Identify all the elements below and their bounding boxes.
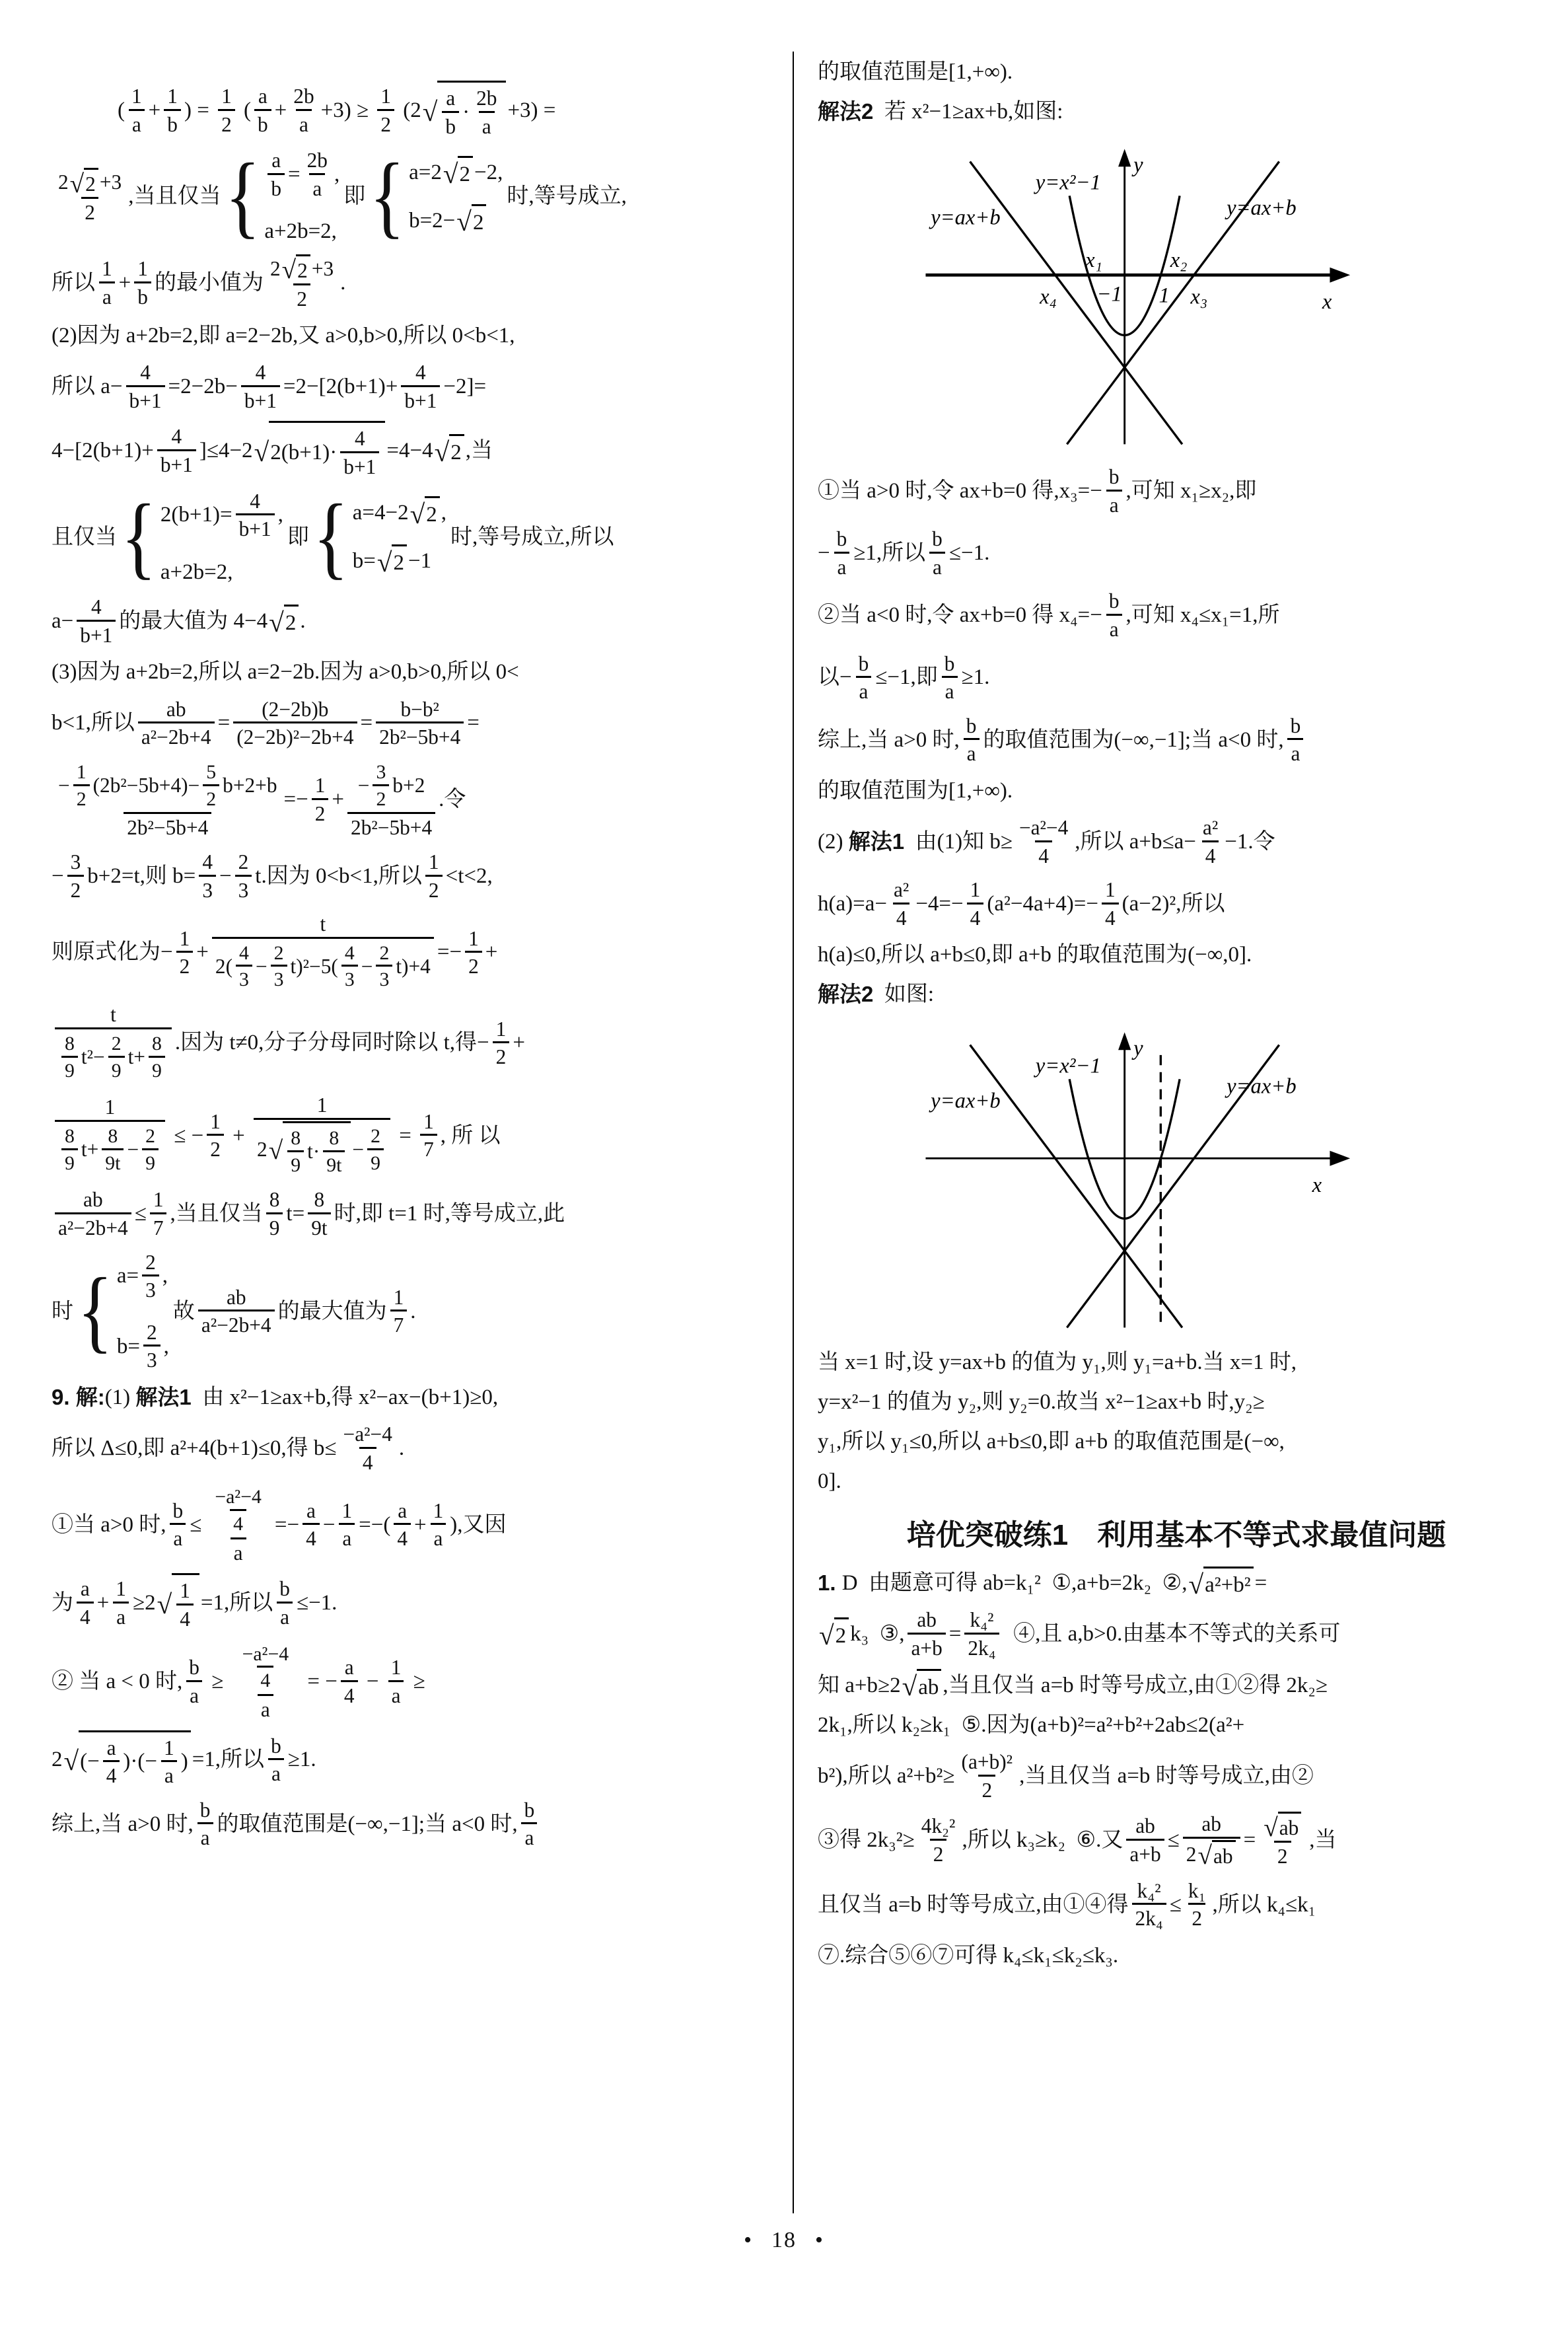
text-run: ≥2 [133, 1588, 156, 1618]
text-run: 3 [238, 878, 249, 903]
fraction: a4 [103, 1736, 120, 1789]
fraction: 1b [164, 84, 181, 137]
text-run: 由 x²−1≥ax+b,得 x²−ax−(b+1)≥0, [192, 1383, 498, 1413]
text-run: k₁ [1188, 1878, 1206, 1903]
fraction-denominator: 2k₄ [964, 1633, 999, 1661]
text-run: a²+b² [1205, 1570, 1251, 1600]
fraction-numerator: 1 [218, 84, 235, 109]
text-run: a [81, 1576, 90, 1602]
text-run: 4 [344, 1683, 355, 1709]
text-run: 4 [970, 906, 981, 931]
text-run: + [227, 1121, 250, 1151]
fraction: 89t [308, 1187, 330, 1240]
fraction: 23 [142, 1250, 159, 1303]
fraction-denominator: 9t [102, 1148, 124, 1175]
fraction-denominator: 2 [377, 109, 394, 137]
footer-dot-left: • [744, 2228, 753, 2252]
text-run: 2 [473, 208, 484, 238]
text-run: a [312, 176, 322, 202]
page-footer: •18• [0, 2228, 1568, 2253]
fraction-numerator: 1 [312, 773, 329, 798]
cases-rows: a=4−2√2,b=√2−1 [353, 496, 446, 577]
fraction: ba [855, 651, 873, 704]
text-run: 0]. [818, 1467, 841, 1496]
fraction-numerator: b [521, 1798, 538, 1823]
square-root: √2(b+1)·4b+1 [254, 421, 386, 480]
text-run: −2]= [443, 372, 486, 402]
text-run: b [944, 651, 955, 677]
fraction-numerator: √ab [1259, 1812, 1306, 1841]
text-run: 4 [345, 941, 355, 965]
text-run: =2−[2(b+1)+ [283, 372, 398, 402]
text-run: 2 [270, 256, 281, 281]
text-run: t.因为 0<b<1,所以 [255, 862, 422, 891]
text-run: 2 [77, 788, 87, 811]
text-run: 4k₂² [921, 1814, 956, 1839]
text-run: 2 [429, 878, 439, 903]
fraction-denominator: a [929, 552, 945, 580]
tick-x3: x₃ [1190, 285, 1207, 309]
fraction-numerator: a [104, 1736, 120, 1761]
fraction-numerator: b [1106, 464, 1123, 490]
label-y-axis: y [1131, 1036, 1143, 1060]
text-run: b [1109, 589, 1120, 614]
column-divider [793, 52, 794, 2213]
fraction-numerator: 8 [149, 1032, 165, 1056]
text-run: a [201, 1826, 210, 1851]
text-run: (a+b)² [962, 1750, 1013, 1775]
text-run: 1 [164, 1736, 174, 1761]
fraction-numerator: ab [1198, 1812, 1225, 1837]
text-run: a= [117, 1261, 139, 1291]
math-line: 知 a+b≥2√ab,当且仅当 a=b 时等号成立,由①②得 2k₂≥ [818, 1669, 1535, 1703]
text-run: 4 [1038, 844, 1049, 869]
text-run: 9 [371, 1152, 380, 1175]
y-axis-arrow-icon [1118, 149, 1131, 166]
text-run: 2 [274, 941, 284, 965]
fraction-numerator: 1 [465, 926, 482, 951]
radical-icon: √ [902, 1676, 917, 1697]
radicand: 2 [392, 544, 407, 578]
fraction: −a²−44a [205, 1484, 271, 1565]
text-run: 8 [329, 1126, 339, 1150]
text-run: b [932, 527, 943, 552]
text-run: 2 [933, 1842, 944, 1867]
radicand: ab [1212, 1840, 1236, 1869]
fraction-numerator: −a²−44 [205, 1484, 271, 1537]
fraction: ab [442, 86, 459, 139]
fraction: 12 [465, 926, 482, 979]
text-run: =−( [359, 1510, 390, 1540]
fraction: 23 [143, 1320, 160, 1373]
math-line: 4−[2(b+1)+4b+1]≤4−2√2(b+1)·4b+1=4−4√2,当 [52, 421, 777, 480]
text-run: ab [166, 697, 186, 722]
text-run: 2 [71, 878, 81, 903]
fraction-numerator: 2 [271, 941, 287, 965]
text-run: ,可知 x₄≤x₁=1,所 [1126, 601, 1280, 630]
fraction-numerator: a [255, 84, 271, 109]
fraction: 12 [218, 84, 235, 137]
math-line: 9. 解:(1) 解法1 由 x²−1≥ax+b,得 x²−ax−(b+1)≥0… [52, 1381, 777, 1414]
radicand: 2 [458, 156, 473, 190]
text-run: 5 [206, 760, 216, 784]
text-run: 即 [343, 182, 365, 211]
radical-icon: √ [423, 101, 438, 123]
fraction: 43 [236, 941, 252, 992]
radical-icon: √ [269, 1140, 283, 1161]
text-run: h(a)≤0,所以 a+b≤0,即 a+b 的取值范围为(−∞,0]. [818, 940, 1252, 970]
text-run: 1 [394, 1285, 404, 1310]
fraction: ba [834, 527, 851, 579]
fraction-numerator: b [186, 1655, 203, 1680]
text-run: 1 [210, 1109, 221, 1134]
fraction-numerator: b [1287, 714, 1304, 739]
text-run: 2 [981, 1778, 992, 1803]
text-run: a [434, 1526, 443, 1551]
text-run: 2( [215, 954, 232, 979]
text-run: .令 [439, 785, 466, 815]
tick-neg-one: −1 [1096, 283, 1122, 307]
fraction: 17 [420, 1109, 437, 1162]
bold-text-run: 解法1 [135, 1383, 191, 1413]
text-run: 的最小值为 [155, 268, 264, 298]
fraction-numerator: 2 [108, 1032, 125, 1056]
text-run: a²−2b+4 [141, 725, 211, 750]
text-run: , [278, 500, 283, 530]
fraction: a4 [341, 1655, 358, 1708]
fraction: a4 [303, 1498, 320, 1551]
cases-system: {a=2√2−2,b=2−√2 [369, 156, 503, 237]
fraction-denominator: 2 [978, 1775, 995, 1803]
fraction-numerator: 1 [430, 1498, 447, 1524]
text-run: 1 [423, 1109, 434, 1134]
text-run: 1 [468, 926, 479, 951]
fraction-numerator: −a²−4 [1016, 815, 1071, 840]
fraction-denominator: 3 [271, 965, 287, 992]
cases-row: b=√2−1 [353, 544, 446, 578]
fraction-denominator: a [129, 109, 145, 137]
radicand: 14 [172, 1573, 199, 1633]
text-run: 2 [285, 609, 297, 638]
text-run: 4 [250, 489, 260, 514]
text-run: − [323, 1510, 336, 1540]
fraction-denominator: a [964, 738, 980, 766]
fraction-denominator: 2 [218, 109, 235, 137]
text-run: · [462, 98, 470, 128]
text-run: 2 [210, 1137, 221, 1162]
text-run: a [271, 1761, 281, 1787]
radical-icon: √ [1197, 1845, 1212, 1866]
fraction: 52 [203, 760, 219, 811]
fraction-denominator: 4 [359, 1447, 376, 1475]
fraction-numerator: 2 [142, 1125, 159, 1148]
text-run: a² [894, 877, 909, 903]
fraction: 14 [176, 1578, 194, 1631]
text-run: ≤ [190, 1510, 201, 1540]
text-run: b+2+b [223, 773, 277, 798]
fraction: ba [197, 1798, 214, 1851]
page-number: 18 [771, 2228, 797, 2252]
math-line: aba²−2b+4≤17,当且仅当89t=89t时,即 t=1 时,等号成立,此 [52, 1186, 777, 1241]
radicand: ab [917, 1669, 941, 1703]
fraction-numerator: t [317, 912, 330, 937]
fraction: 4b+1 [401, 360, 440, 413]
fraction-denominator: b+1 [157, 449, 196, 478]
fraction-denominator: a [268, 1758, 284, 1787]
fraction-denominator: 2 [425, 875, 443, 903]
square-root: √2 [377, 544, 407, 578]
text-run: 2k₄ [968, 1636, 995, 1661]
text-run: 7 [394, 1313, 404, 1338]
text-run: +3) = [507, 96, 555, 126]
text-run: 2 [315, 801, 326, 827]
text-run: (2 [398, 96, 421, 126]
text-run: h(a)=a− [818, 889, 887, 919]
text-run: ,当且仅当 a=b 时等号成立,由② [1019, 1761, 1314, 1791]
text-run: b [524, 1798, 535, 1823]
cases-row: b=2−√2 [409, 204, 503, 238]
fraction: −a²−44 [1016, 815, 1071, 868]
tick-one: 1 [1158, 283, 1169, 307]
text-run: 2 [836, 1621, 847, 1651]
text-run: 4 [80, 1605, 90, 1630]
text-run: ①当 a>0 时, [52, 1510, 166, 1540]
fraction-denominator: 2 [81, 197, 98, 225]
fraction: 43 [341, 941, 358, 992]
fraction-numerator: 1 [420, 1109, 437, 1134]
fraction: 4b+1 [126, 360, 165, 413]
fraction-numerator: ab [1132, 1814, 1158, 1839]
fraction-denominator: b [442, 111, 459, 139]
text-run: 且仅当 a=b 时等号成立,由①④得 [818, 1890, 1129, 1920]
text-run: −a²−4 [1019, 815, 1068, 840]
fraction-denominator: 9 [149, 1056, 165, 1083]
text-run: b [445, 114, 456, 139]
text-run: b [271, 176, 281, 202]
fraction-denominator: 4 [103, 1760, 120, 1789]
fraction-denominator: a [296, 109, 312, 137]
text-run: 2k₁,所以 k₂≥k₁ ⑤.因为(a+b)²=a²+b²+2ab≤2(a²+ [818, 1711, 1244, 1740]
text-run: ,可知 x₁≥x₂,即 [1126, 476, 1257, 506]
text-run: (2−2b)b [262, 697, 328, 722]
bold-text-run: 解法1 [849, 827, 904, 857]
fraction-denominator: 4 [257, 1666, 273, 1693]
text-run: b [173, 1498, 184, 1524]
fraction-numerator: 1 [160, 1736, 178, 1761]
text-run: b= [117, 1332, 140, 1362]
fraction: 1a [98, 256, 116, 309]
text-run: a+2b=2, [264, 217, 337, 246]
text-run: 1 [429, 850, 439, 875]
text-run: 2 [297, 258, 308, 283]
text-run: t= [286, 1199, 304, 1229]
fraction-denominator: 3 [143, 1345, 160, 1373]
fraction-denominator: 4 [893, 903, 910, 931]
text-run: 8 [314, 1187, 325, 1212]
fraction-numerator: 1 [98, 256, 116, 281]
text-run: 2b [476, 86, 497, 111]
text-run: ,当且仅当 [128, 182, 221, 211]
fraction: 89 [61, 1032, 78, 1082]
fraction-numerator: 4 [168, 424, 185, 449]
fraction: 12 [312, 773, 329, 826]
text-run: k₄² [1137, 1878, 1161, 1903]
fraction-denominator: 9 [61, 1148, 78, 1175]
text-run: t [110, 1002, 116, 1027]
text-run: + [275, 96, 287, 126]
text-run: b= [353, 546, 376, 576]
text-run: 9t [105, 1152, 120, 1175]
fraction-numerator: k₄² [967, 1607, 997, 1633]
fraction: −a²−44 [211, 1485, 265, 1535]
text-run: a [116, 1605, 125, 1630]
square-root: √2 [269, 605, 299, 638]
text-run: 的取值范围为[1,+∞). [818, 776, 1013, 806]
text-run: 的最大值为 [278, 1297, 387, 1327]
tick-x2: x₂ [1170, 248, 1188, 272]
fraction-numerator: k₄² [1134, 1878, 1164, 1903]
math-line: 0]. [818, 1465, 1535, 1498]
math-line: √2k₃ ③,aba+b=k₄²2k₄ ④,且 a,b>0.由基本不等式的关系可 [818, 1606, 1535, 1662]
fraction-denominator: 7 [390, 1310, 408, 1338]
text-run: 3 [274, 968, 284, 992]
text-run: 4 [140, 360, 151, 385]
text-run: − [58, 773, 70, 798]
bold-text-run: 解法2 [818, 980, 873, 1010]
fraction-numerator: (a+b)² [958, 1750, 1016, 1775]
fraction: √ab2 [1259, 1812, 1306, 1868]
text-run: 2 [145, 1125, 155, 1148]
fraction-denominator: 89t²−29t+89 [55, 1027, 172, 1084]
text-run: − [256, 954, 267, 979]
square-root: √2 [435, 434, 464, 468]
text-run: =1,所以 [201, 1588, 273, 1618]
fraction-denominator: b+1 [77, 620, 116, 648]
text-run: + [513, 1028, 525, 1058]
fraction: 1a [160, 1736, 178, 1789]
text-run: 2 [147, 1320, 157, 1345]
fraction-denominator: a [1287, 738, 1303, 766]
fraction-denominator: b [134, 281, 151, 310]
fraction-denominator: 3 [341, 965, 358, 992]
text-run: a [392, 1683, 401, 1709]
fraction-numerator: 2b [304, 148, 331, 173]
fraction-numerator: b [963, 714, 980, 739]
fraction: 89 [61, 1125, 78, 1175]
text-run: ≤ [1168, 1826, 1180, 1855]
label-line-left: y=ax+b [929, 205, 1001, 229]
text-run: (1) [105, 1383, 136, 1413]
fraction-denominator: 2 [203, 784, 219, 811]
math-line: t89t²−29t+89.因为 t≠0,分子分母同时除以 t,得−12+ [52, 1001, 777, 1085]
text-run: b²),所以 a²+b²≥ [818, 1761, 955, 1791]
label-x-axis: x [1322, 290, 1332, 314]
fraction-numerator: −32b+2 [355, 759, 429, 812]
text-run: ≤−1. [949, 538, 989, 568]
fraction-numerator: 1 [176, 926, 194, 951]
text-run: a [271, 148, 281, 173]
square-root: √2 [456, 204, 486, 238]
fraction-denominator: b [164, 109, 181, 137]
fraction-numerator: 8 [287, 1126, 304, 1150]
text-run: + [332, 785, 344, 815]
text-run: y=x²−1 的值为 y₂,则 y₂=0.故当 x²−1≥ax+b 时,y₂≥ [818, 1387, 1265, 1417]
text-run: a [173, 1526, 182, 1551]
fraction-denominator: 4 [394, 1523, 411, 1551]
square-root: √2 [282, 254, 310, 283]
fraction-denominator: 4 [1035, 840, 1052, 869]
text-run: = [394, 1121, 417, 1151]
fraction: 17 [390, 1285, 408, 1338]
text-run: 8 [291, 1126, 301, 1150]
math-line: 且仅当 a=b 时等号成立,由①④得k₄²2k₄≤k₁2,所以 k₄≤k₁ [818, 1877, 1535, 1933]
radicand: 2 [425, 496, 440, 530]
fraction-numerator: b [276, 1576, 293, 1602]
bold-text-run: 1. [818, 1568, 842, 1598]
fraction-numerator: 1 [150, 1187, 167, 1212]
text-run: ab [83, 1187, 103, 1212]
text-run: 4 [260, 1669, 270, 1693]
fraction: −a²−44 [239, 1642, 293, 1693]
text-run: 知 a+b≥2 [818, 1671, 901, 1701]
text-run: ab [1213, 1844, 1233, 1869]
text-run: ③得 2k₃²≥ [818, 1826, 915, 1855]
text-run: b [189, 1655, 199, 1680]
text-run: b+1 [239, 517, 271, 542]
fraction-denominator: 2 [312, 798, 329, 827]
text-run: )·(− [123, 1747, 157, 1777]
fraction: 189t+89t−29 [55, 1095, 165, 1176]
fraction-denominator: a [309, 173, 325, 202]
fraction-denominator: a [856, 676, 872, 704]
text-run: 9 [65, 1059, 75, 1083]
text-run: 4 [91, 595, 102, 620]
text-run: (a−2)²,所以 [1122, 889, 1225, 919]
cases-row: a+2b=2, [160, 558, 283, 587]
fraction: 89t [102, 1125, 124, 1175]
radicand: 2 [296, 254, 310, 283]
fraction: 32 [67, 850, 85, 903]
fraction: k₄²2k₄ [964, 1607, 999, 1660]
text-run: 即 [287, 523, 309, 552]
text-run: −1 [408, 546, 431, 576]
text-run: k₃ ③, [850, 1619, 904, 1649]
fraction-numerator: 8 [326, 1126, 342, 1150]
radical-icon: √ [70, 174, 85, 194]
math-line: −12(2b²−5b+4)−52b+2+b2b²−5b+4=−12+−32b+2… [52, 758, 777, 842]
cases-row: a=2√2−2, [409, 156, 503, 190]
text-run: + [196, 938, 209, 967]
cases-row: a+2b=2, [264, 217, 339, 246]
text-run: 2 [1192, 1906, 1202, 1931]
fraction-denominator: a [113, 1602, 129, 1630]
text-run: = [1255, 1568, 1267, 1598]
text-run: b+2 [392, 773, 425, 798]
fraction: ba [1287, 714, 1304, 766]
text-run: − [127, 1137, 139, 1162]
radicand: ab [1278, 1812, 1302, 1841]
fraction-denominator: 4 [230, 1509, 246, 1536]
text-run: +3 [312, 256, 334, 281]
radicand: ab·2ba [437, 81, 506, 140]
fraction: 29 [367, 1125, 384, 1175]
fraction-denominator: (2−2b)²−2b+4 [233, 721, 357, 750]
fraction-numerator: b−b² [398, 697, 443, 722]
text-run: b [837, 527, 847, 552]
fraction-numerator: 2√2+3 [267, 254, 337, 283]
text-run: ≥1,所以 [853, 538, 925, 568]
text-run: b<1,所以 [52, 708, 135, 738]
